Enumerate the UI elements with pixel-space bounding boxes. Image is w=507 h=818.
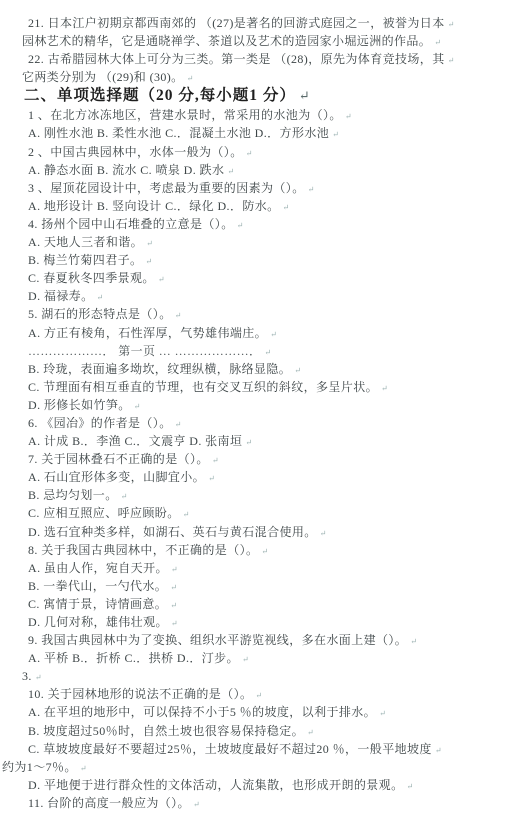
paragraph-mark-icon: ↵ [448,20,455,29]
document-line: A. 静态水面 B. 流水 C. 喷泉 D. 跌水↵ [22,161,495,179]
paragraph-mark-icon: ↵ [80,764,87,773]
paragraph-mark-icon: ↵ [208,474,215,483]
document-line: 1 、在北方冰冻地区，营建水景时，常采用的水池为（）。↵ [22,106,495,124]
line-text: C. 应相互照应、呼应顾盼。 [28,506,180,520]
line-text: 约为1～7％。 [2,760,77,774]
paragraph-mark-icon: ↵ [171,619,178,628]
document-line-continuation: 3.↵ [22,667,495,685]
line-text: A. 在平坦的地形中，可以保持不小于5 ％的坡度，以利于排水。 [28,705,376,719]
line-text: C. 草坡坡度最好不要超过25％，土坡坡度最好不超过20 ％，一般平地坡度 [28,742,432,756]
paragraph-mark-icon: ↵ [171,565,178,574]
line-text: 6. 《园冶》的作者是（）。 [28,416,172,430]
paragraph-mark-icon: ↵ [320,529,327,538]
line-text: 5. 湖石的形态特点是（）。 [28,307,172,321]
paragraph-mark-icon: ↵ [261,547,268,556]
line-text: A. 虽由人作，宛自天开。 [28,561,168,575]
document-line: 7. 关于园林叠石不正确的是（）。↵ [22,450,495,468]
document-line: C. 春夏秋冬四季景观。↵ [22,269,495,287]
document-line: D. 福禄寿。↵ [22,287,495,305]
document-line: 5. 湖石的形态特点是（）。↵ [22,305,495,323]
line-text: A. 地形设计 B. 竖向设计 C.．绿化 D.．防水。 [28,199,280,213]
document-line: A. 虽由人作，宛自天开。↵ [22,559,495,577]
paragraph-mark-icon: ↵ [299,88,311,103]
paragraph-mark-icon: ↵ [448,56,455,65]
document-line: A. 平桥 B.．折桥 C.．拱桥 D.．汀步。↵ [22,649,495,667]
paragraph-mark-icon: ↵ [270,330,277,339]
paragraph-mark-icon: ↵ [308,185,315,194]
document-line: A. 石山宜形体多变，山脚宜小。↵ [22,468,495,486]
document-line-continuation: 它两类分别为 （(29)和 (30)。↵ [22,68,495,86]
line-text: 22. 古希腊园林大体上可分为三类。第一类是 （(28)，原先为体育竞技场，其 [28,52,445,66]
document-line: D. 几何对称，雄伟壮观。↵ [22,613,495,631]
document-line: A. 计成 B.．李渔 C.．文震亨 D. 张南垣↵ [22,432,495,450]
line-text: B. 忌均匀划一。 [28,488,118,502]
paragraph-mark-icon: ↵ [145,257,152,266]
document-line-continuation: 园林艺术的精华，它是通晓禅学、茶道以及艺术的造园家小堀远洲的作品。↵ [22,32,495,50]
line-text: 10. 关于园林地形的说法不正确的是（）。 [28,687,252,701]
line-text: C. 春夏秋冬四季景观。 [28,271,155,285]
document-line: 3 、屋顶花园设计中，考虑最为重要的因素为（）。↵ [22,179,495,197]
exam-page: 21. 日本江户初期京都西南郊的 （(27)是著名的回游式庭园之一，被誉为日本↵… [0,0,507,818]
line-text: A. 平桥 B.．折桥 C.．拱桥 D.．汀步。 [28,651,239,665]
line-text: 21. 日本江户初期京都西南郊的 （(27)是著名的回游式庭园之一，被誉为日本 [28,16,445,30]
line-text: 4. 扬州个园中山石堆叠的立意是（）。 [28,217,234,231]
document-line: A. 地形设计 B. 竖向设计 C.．绿化 D.．防水。↵ [22,197,495,215]
document-line: 22. 古希腊园林大体上可分为三类。第一类是 （(28)，原先为体育竞技场，其↵ [22,50,495,68]
document-line: B. 忌均匀划一。↵ [22,486,495,504]
line-text: B. 一拳代山，一勺代水。 [28,579,167,593]
paragraph-mark-icon: ↵ [379,709,386,718]
document-line: C. 寓情于景，诗情画意。↵ [22,595,495,613]
line-text: 它两类分别为 （(29)和 (30)。 [22,70,184,84]
paragraph-mark-icon: ↵ [212,456,219,465]
document-line: A. 刚性水池 B. 柔性水池 C.．混凝土水池 D.．方形水池↵ [22,124,495,142]
document-line: D. 选石宜种类多样，如湖石、英石与黄石混合使用。↵ [22,523,495,541]
paragraph-mark-icon: ↵ [255,691,262,700]
paragraph-mark-icon: ↵ [434,38,441,47]
paragraph-mark-icon: ↵ [237,221,244,230]
line-text: A. 石山宜形体多变，山脚宜小。 [28,470,205,484]
document-line: A. 方正有棱角，石性浑厚，气势雄伟端庄。↵ [22,324,495,342]
paragraph-mark-icon: ↵ [187,74,194,83]
page-separator: ………………． 第一页 … ………………．↵ [22,342,495,360]
paragraph-mark-icon: ↵ [193,800,200,809]
paragraph-mark-icon: ↵ [264,348,271,357]
line-text: 7. 关于园林叠石不正确的是（）。 [28,452,209,466]
document-line: D. 平地便于进行群众性的文体活动，人流集散，也形成开朗的景观。↵ [22,776,495,794]
document-line: B. 一拳代山，一勺代水。↵ [22,577,495,595]
document-line: 6. 《园冶》的作者是（）。↵ [22,414,495,432]
document-line: A. 在平坦的地形中，可以保持不小于5 ％的坡度，以利于排水。↵ [22,703,495,721]
line-text: 1 、在北方冰冻地区，营建水景时，常采用的水池为（）。 [28,108,342,122]
line-text: A. 计成 B.．李渔 C.．文震亨 D. 张南垣 [28,434,242,448]
line-text: D. 形修长如竹笋。 [28,398,131,412]
document-line: B. 坡度超过50％时，自然土坡也很容易保持稳定。↵ [22,722,495,740]
line-text: B. 玲珑，表面遍多坳坎，纹理纵横，脉络显隐。 [28,362,291,376]
line-text: 3. [22,669,32,683]
paragraph-mark-icon: ↵ [345,112,352,121]
document-line: 2 、中国古典园林中，水体一般为（）。↵ [22,143,495,161]
line-text: 8. 关于我国古典园林中，不正确的是（）。 [28,543,258,557]
line-text: D. 几何对称，雄伟壮观。 [28,615,168,629]
paragraph-mark-icon: ↵ [410,637,417,646]
document-line: D. 形修长如竹笋。↵ [22,396,495,414]
document-line: B. 梅兰竹菊四君子。↵ [22,251,495,269]
paragraph-mark-icon: ↵ [134,402,141,411]
document-line: 9. 我国古典园林中为了变换、组织水平游览视线，多在水面上建（）。↵ [22,631,495,649]
document-line: 10. 关于园林地形的说法不正确的是（）。↵ [22,685,495,703]
paragraph-mark-icon: ↵ [332,130,339,139]
paragraph-mark-icon: ↵ [294,366,301,375]
paragraph-mark-icon: ↵ [283,203,290,212]
document-line: B. 玲珑，表面遍多坳坎，纹理纵横，脉络显隐。↵ [22,360,495,378]
document-line: 8. 关于我国古典园林中，不正确的是（）。↵ [22,541,495,559]
line-text: A. 方正有棱角，石性浑厚，气势雄伟端庄。 [28,326,267,340]
document-line: C. 草坡坡度最好不要超过25％，土坡坡度最好不超过20 ％，一般平地坡度↵ [22,740,495,758]
document-line-continuation: 约为1～7％。↵ [2,758,495,776]
paragraph-mark-icon: ↵ [146,239,153,248]
paragraph-mark-icon: ↵ [158,275,165,284]
paragraph-mark-icon: ↵ [381,384,388,393]
paragraph-mark-icon: ↵ [175,311,182,320]
paragraph-mark-icon: ↵ [242,655,249,664]
document-line: 11. 台阶的高度一般应为（）。↵ [22,794,495,812]
document-line: C. 节理面有相互垂直的节理，也有交叉互织的斜纹，多呈片状。↵ [22,378,495,396]
line-text: ………………． 第一页 … ………………． [28,344,261,358]
line-text: D. 平地便于进行群众性的文体活动，人流集散，也形成开朗的景观。 [28,778,403,792]
line-text: A. 静态水面 B. 流水 C. 喷泉 D. 跌水 [28,163,224,177]
line-text: A. 刚性水池 B. 柔性水池 C.．混凝土水池 D.．方形水池 [28,126,329,140]
paragraph-mark-icon: ↵ [246,149,253,158]
paragraph-mark-icon: ↵ [96,293,103,302]
paragraph-mark-icon: ↵ [245,438,252,447]
line-text: B. 坡度超过50％时，自然土坡也很容易保持稳定。 [28,724,304,738]
document-line: 21. 日本江户初期京都西南郊的 （(27)是著名的回游式庭园之一，被誉为日本↵ [22,14,495,32]
line-text: C. 寓情于景，诗情画意。 [28,597,167,611]
line-text: 9. 我国古典园林中为了变换、组织水平游览视线，多在水面上建（）。 [28,633,407,647]
paragraph-mark-icon: ↵ [435,746,442,755]
line-text: A. 天地人三者和谐。 [28,235,143,249]
paragraph-mark-icon: ↵ [170,601,177,610]
line-text: 3 、屋顶花园设计中，考虑最为重要的因素为（）。 [28,181,305,195]
paragraph-mark-icon: ↵ [35,673,42,682]
paragraph-mark-icon: ↵ [183,510,190,519]
line-text: 园林艺术的精华，它是通晓禅学、茶道以及艺术的造园家小堀远洲的作品。 [22,34,431,48]
section-heading: 二、单项选择题（20 分,每小题1 分）↵ [22,86,495,106]
line-text: B. 梅兰竹菊四君子。 [28,253,142,267]
line-text: 2 、中国古典园林中，水体一般为（）。 [28,145,243,159]
paragraph-mark-icon: ↵ [406,782,413,791]
line-text: D. 福禄寿。 [28,289,93,303]
paragraph-mark-icon: ↵ [170,583,177,592]
line-text: C. 节理面有相互垂直的节理，也有交叉互织的斜纹，多呈片状。 [28,380,378,394]
paragraph-mark-icon: ↵ [227,167,234,176]
paragraph-mark-icon: ↵ [121,492,128,501]
line-text: D. 选石宜种类多样，如湖石、英石与黄石混合使用。 [28,525,317,539]
line-text: 11. 台阶的高度一般应为（）。 [28,796,190,810]
line-text: 二、单项选择题（20 分,每小题1 分） [24,87,296,104]
document-line: A. 天地人三者和谐。↵ [22,233,495,251]
paragraph-mark-icon: ↵ [307,728,314,737]
paragraph-mark-icon: ↵ [175,420,182,429]
document-line: C. 应相互照应、呼应顾盼。↵ [22,504,495,522]
document-line: 4. 扬州个园中山石堆叠的立意是（）。↵ [22,215,495,233]
